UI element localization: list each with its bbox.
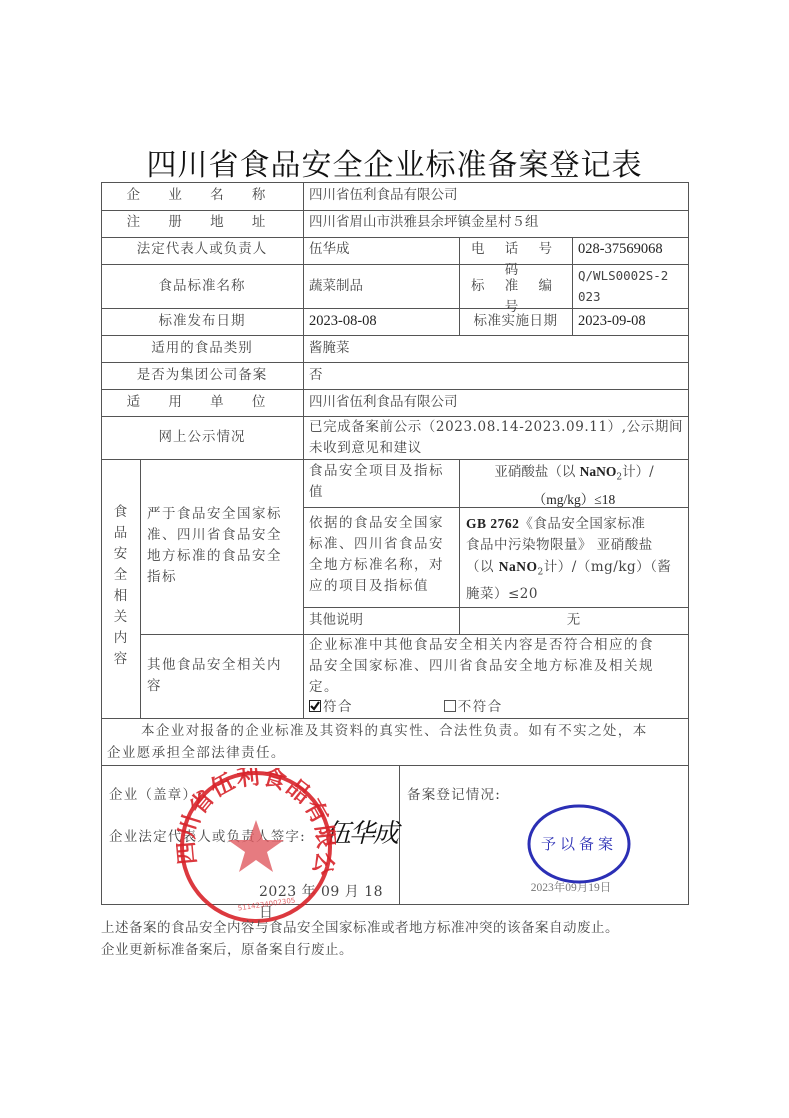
footer-line2: 企业更新标准备案后，原备案自行废止。 bbox=[101, 939, 701, 961]
online-notice-label: 网上公示情况 bbox=[101, 427, 303, 448]
standard-name-label: 食品标准名称 bbox=[101, 276, 303, 297]
gb-code: GB 2762 bbox=[466, 516, 519, 531]
address-label: 注 册 地 址 bbox=[101, 212, 303, 233]
chem-formula: NaNO bbox=[580, 464, 617, 479]
other-label-line: 容 bbox=[147, 676, 301, 697]
vertical-label-char: 容 bbox=[101, 649, 140, 670]
vertical-label-char: 相 bbox=[101, 586, 140, 607]
item-value: 亚硝酸盐（以 NaNO2计）/ （mg/kg）≤18 bbox=[461, 461, 687, 510]
publish-date-value: 2023-08-08 bbox=[309, 311, 454, 332]
row-line bbox=[303, 607, 689, 608]
text: 《食品安全国家标准 bbox=[519, 516, 645, 532]
group-filing-label: 是否为集团公司备案 bbox=[101, 365, 303, 386]
text: 计）/ bbox=[622, 464, 654, 480]
vertical-label-char: 安 bbox=[101, 544, 140, 565]
row-line bbox=[101, 210, 689, 211]
vertical-label-char: 关 bbox=[101, 607, 140, 628]
company-name-value: 四川省伍利食品有限公司 bbox=[309, 185, 679, 206]
other-content-desc: 企业标准中其他食品安全相关内容是否符合相应的食 品安全国家标准、四川省食品安全地… bbox=[309, 635, 689, 716]
red-seal-icon: 四川省伍利食品有限公司 5114234002305 bbox=[176, 768, 336, 926]
implement-date-value: 2023-09-08 bbox=[578, 311, 688, 332]
other-note-label: 其他说明 bbox=[309, 610, 459, 631]
group-filing-value: 否 bbox=[309, 365, 679, 386]
svg-text:5114234002305: 5114234002305 bbox=[237, 897, 295, 913]
standard-no-line1: Q/WLS0002S-2 bbox=[578, 265, 688, 286]
basis-label-line: 依据的食品安全国家 bbox=[309, 513, 459, 534]
vertical-label-char: 内 bbox=[101, 628, 140, 649]
row-line bbox=[101, 335, 689, 336]
row-line bbox=[101, 362, 689, 363]
publish-date-label: 标准发布日期 bbox=[101, 311, 303, 332]
text: 计）/（mg/kg）（酱 bbox=[544, 559, 672, 575]
col-line bbox=[459, 459, 460, 634]
col-line bbox=[572, 237, 573, 335]
online-notice-value: 已完成备案前公示（2023.08.14-2023.09.11）,公示期间 未收到… bbox=[309, 417, 687, 459]
company-seal: 四川省伍利食品有限公司 5114234002305 bbox=[176, 768, 336, 926]
option-no-label: 不符合 bbox=[458, 699, 503, 715]
standard-no-line2: 023 bbox=[578, 286, 688, 307]
col-line bbox=[303, 182, 304, 718]
approval-text: 予以备案 bbox=[526, 833, 632, 854]
applicable-unit-value: 四川省伍利食品有限公司 bbox=[309, 392, 679, 413]
basis-label: 依据的食品安全国家 标准、四川省食品安 全地方标准名称，对 应的项目及指标值 bbox=[309, 513, 459, 597]
standard-no-value: Q/WLS0002S-2 023 bbox=[578, 265, 688, 307]
basis-value-line1: GB 2762《食品安全国家标准 bbox=[466, 513, 688, 535]
basis-label-line: 全地方标准名称，对 bbox=[309, 555, 459, 576]
basis-label-line: 标准、四川省食品安 bbox=[309, 534, 459, 555]
row-line bbox=[101, 308, 689, 309]
basis-value-line4: 腌菜）≤20 bbox=[466, 584, 688, 605]
footer-line1: 上述备案的食品安全内容与食品安全国家标准或者地方标准冲突的该备案自动废止。 bbox=[101, 917, 701, 939]
border-right bbox=[688, 182, 689, 905]
safety-section-label: 食品安全相关内容 bbox=[101, 502, 140, 670]
item-label-line: 食品安全项目及指标 bbox=[309, 461, 459, 482]
basis-label-line: 应的项目及指标值 bbox=[309, 576, 459, 597]
basis-value-line3: （以 NaNO2计）/（mg/kg）（酱 bbox=[466, 556, 688, 584]
desc-line: 企业标准中其他食品安全相关内容是否符合相应的食 bbox=[309, 635, 689, 656]
form-title: 四川省食品安全企业标准备案登记表 bbox=[0, 140, 789, 184]
online-notice-line1: 已完成备案前公示（2023.08.14-2023.09.11）,公示期间 bbox=[309, 417, 687, 438]
other-note-value: 无 bbox=[459, 610, 688, 631]
company-name-label: 企 业 名 称 bbox=[101, 185, 303, 206]
declaration-line1: 本企业对报备的企业标准及其资料的真实性、合法性负责。如有不实之处，本 bbox=[107, 720, 687, 742]
standard-name-value: 蔬菜制品 bbox=[309, 276, 454, 297]
item-value-line1: 亚硝酸盐（以 NaNO2计）/ bbox=[461, 461, 687, 489]
compliant-checkbox[interactable]: 符合 bbox=[309, 699, 353, 715]
desc-line: 定。 bbox=[309, 677, 689, 698]
legal-rep-value: 伍华成 bbox=[309, 239, 454, 260]
item-label-line: 值 bbox=[309, 482, 459, 503]
text: 亚硝酸盐（以 bbox=[494, 464, 579, 480]
row-line bbox=[101, 237, 689, 238]
basis-value: GB 2762《食品安全国家标准 食品中污染物限量》 亚硝酸盐 （以 NaNO2… bbox=[466, 513, 688, 605]
stricter-indicators-label: 严于食品安全国家标 准、四川省食品安全 地方标准的食品安全 指标 bbox=[147, 504, 301, 588]
other-content-label: 其他食品安全相关内 容 bbox=[147, 655, 301, 697]
legal-rep-label: 法定代表人或负责人 bbox=[101, 239, 303, 260]
row-line bbox=[101, 389, 689, 390]
desc-line: 品安全国家标准、四川省食品安全地方标准及相关规 bbox=[309, 656, 689, 677]
stricter-label-line: 指标 bbox=[147, 567, 301, 588]
text: （以 bbox=[466, 559, 499, 575]
col-line bbox=[140, 459, 141, 718]
vertical-label-char: 全 bbox=[101, 565, 140, 586]
item-label: 食品安全项目及指标 值 bbox=[309, 461, 459, 503]
declaration: 本企业对报备的企业标准及其资料的真实性、合法性负责。如有不实之处，本 企业愿承担… bbox=[107, 720, 687, 764]
row-line bbox=[101, 459, 689, 460]
approval-stamp: 予以备案 bbox=[526, 803, 632, 885]
stricter-label-line: 严于食品安全国家标 bbox=[147, 504, 301, 525]
vertical-label-char: 品 bbox=[101, 523, 140, 544]
phone-value: 028-37569068 bbox=[578, 239, 688, 260]
option-yes-label: 符合 bbox=[323, 699, 353, 715]
stricter-label-line: 准、四川省食品安全 bbox=[147, 525, 301, 546]
unchecked-box-icon bbox=[444, 700, 456, 712]
signature: 伍华成 bbox=[325, 818, 405, 850]
item-value-line2: （mg/kg）≤18 bbox=[461, 489, 687, 510]
address-value: 四川省眉山市洪雅县余坪镇金星村５组 bbox=[309, 212, 679, 233]
row-line bbox=[101, 718, 689, 719]
applicable-unit-label: 适 用 单 位 bbox=[101, 392, 303, 413]
declaration-line2: 企业愿承担全部法律责任。 bbox=[107, 742, 687, 764]
compliance-options: 符合 不符合 bbox=[309, 698, 689, 716]
footer-note: 上述备案的食品安全内容与食品安全国家标准或者地方标准冲突的该备案自动废止。 企业… bbox=[101, 917, 701, 961]
stricter-label-line: 地方标准的食品安全 bbox=[147, 546, 301, 567]
other-label-line: 其他食品安全相关内 bbox=[147, 655, 301, 676]
checked-box-icon bbox=[309, 700, 321, 712]
noncompliant-checkbox[interactable]: 不符合 bbox=[444, 699, 503, 715]
online-notice-line2: 未收到意见和建议 bbox=[309, 438, 687, 459]
phone-label: 电 话 号 码 bbox=[459, 239, 572, 281]
row-line bbox=[101, 765, 689, 766]
border-top bbox=[101, 182, 689, 183]
vertical-label-char: 食 bbox=[101, 502, 140, 523]
basis-value-line2: 食品中污染物限量》 亚硝酸盐 bbox=[466, 535, 688, 556]
food-category-label: 适用的食品类别 bbox=[101, 338, 303, 359]
chem-formula: NaNO bbox=[499, 559, 538, 574]
implement-date-label: 标准实施日期 bbox=[459, 311, 572, 332]
food-category-value: 酱腌菜 bbox=[309, 338, 679, 359]
